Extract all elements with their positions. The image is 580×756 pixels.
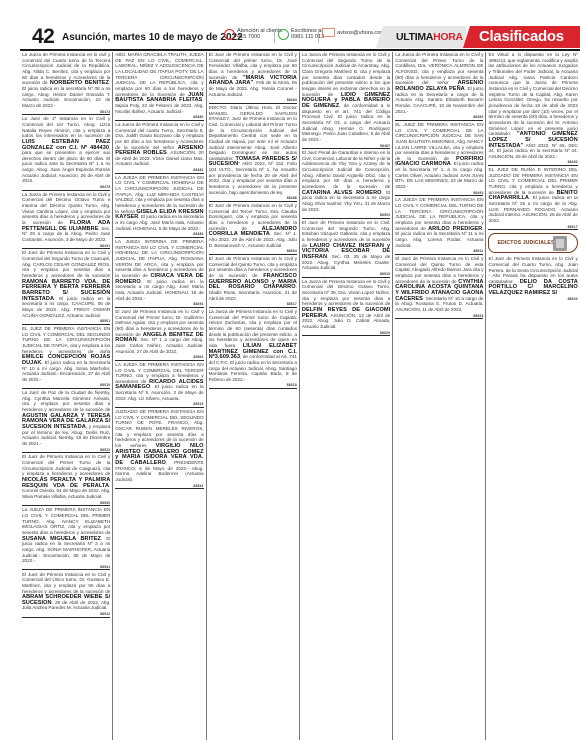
notice-id: 88515: [115, 402, 203, 406]
contact-whatsapp-value: 0981 111 013: [291, 34, 324, 40]
column-1: La Jueza de Primera Instancia en lo civi…: [20, 52, 113, 740]
notice-divider: [209, 103, 297, 104]
legal-notice: El Juez de Primera Instancia en lo Civil…: [209, 52, 297, 102]
deceased-name: LUIS ESTEBAN PAEZ GONZALEZ con C.I. Nº 4…: [22, 139, 110, 151]
notice-divider: [302, 277, 390, 278]
publication-date: Asunción, martes 10 de mayo de 2022: [62, 32, 243, 43]
notice-divider: [22, 505, 110, 506]
gavel-book-icon: [553, 236, 567, 251]
deceased-name: CATARINA ALVES ROMERO: [302, 190, 382, 196]
notice-id: 88492: [488, 160, 577, 164]
legal-notice: La Jueza de Primera Instancia en lo Civi…: [395, 52, 483, 119]
notice-id: 88489: [115, 232, 203, 236]
notice-id: 88494: [115, 302, 203, 306]
notice-divider: [115, 173, 203, 174]
notice-text: El Juez de Primera Instancia en lo Civil…: [22, 573, 110, 595]
notice-divider: [395, 254, 483, 255]
notice-id: 88528: [395, 314, 483, 318]
legal-notice: El Juez de Primera Instancia en lo Civil…: [22, 454, 110, 504]
notice-id: 88518: [209, 383, 297, 387]
page-number: 42: [32, 26, 54, 48]
notice-text: El Juez Penal de Garantías e Interino en…: [302, 151, 390, 190]
ultimahora-logo: ULTIMAHORA: [396, 31, 463, 43]
banner-label: EDICTOS JUDICIALES: [497, 240, 554, 246]
legal-notice: La Jueza de Primera Instancia en lo Civi…: [115, 122, 203, 172]
notice-id: 88517: [209, 302, 297, 306]
notice-id: 88504: [209, 249, 297, 253]
notice-divider: [22, 114, 110, 115]
legal-notice: La Jueza de Primera Instancia en lo Civi…: [302, 52, 390, 148]
notice-divider: [209, 388, 297, 389]
legal-notice: JUZGADO DE PRIMERA INSTANCIA EN LO CIVIL…: [115, 409, 203, 488]
legal-notice: El Juez de Primera Instancia en lo Civil…: [22, 572, 110, 617]
notice-id: 88520: [302, 331, 390, 335]
header-rule: [20, 49, 580, 51]
notice-divider: [115, 360, 203, 361]
notice-divider: [22, 324, 110, 325]
notice-divider: [22, 452, 110, 453]
deceased-name: NORBERTO BENITEZ: [50, 80, 109, 86]
notice-divider: [115, 237, 203, 238]
legal-notice: LA JUEZA DE PRIMERA INSTANCIA EN LO CIVI…: [395, 197, 483, 253]
legal-notice: La JUEZA DE PRIMERA INSTANCIA EN LO CIVI…: [22, 507, 110, 569]
notice-id: 88487: [302, 144, 390, 148]
legal-notice: La Juez de 1ª Instancia en lo Civil y Co…: [22, 116, 110, 189]
notice-divider: [302, 335, 390, 336]
legal-notice: LA JUEZA INTERINA DE PRIMERA INSTANCIA E…: [115, 239, 203, 306]
legal-notice: La Jueza de Primera Instancia en lo Civi…: [209, 309, 297, 388]
notice-text: EL JUEZ DE PRIMERA INSTANCIA EN LO CIVIL…: [22, 327, 110, 355]
edictos-judiciales-banner: EDICTOS JUDICIALES: [488, 233, 577, 253]
notice-id: 88519: [302, 272, 390, 276]
notice-divider: [209, 307, 297, 308]
notice-divider: [302, 218, 390, 219]
legal-notice: El Juez de Primera Instancia en lo Civil…: [115, 309, 203, 359]
notice-divider: [115, 120, 203, 121]
column-4: La Jueza de Primera Instancia en lo Civi…: [300, 52, 393, 740]
deceased-name: SUSANA MIGUELA BRITEZ: [22, 536, 101, 542]
notice-divider: [209, 201, 297, 202]
page-header: 42 Asunción, martes 10 de mayo de 2022 A…: [0, 26, 580, 48]
notice-id: 88493: [395, 191, 483, 195]
legal-notice: El Juez de Primera Instancia en lo Civil…: [395, 256, 483, 318]
notice-text: La Juez de 1ª Instancia en lo Civil y Co…: [22, 117, 110, 139]
contact-phone-value: 415 7000: [237, 34, 260, 40]
notice-text: , de conformidad a lo dispuesto en el ar…: [302, 104, 390, 143]
notice-id: 88491: [22, 244, 110, 248]
legal-notice: El Juez de Primera Instancia en lo Civil…: [302, 220, 390, 276]
legal-notice: EL JUEZ DE PRIMERA INSTANCIA EN LO CIVIL…: [395, 122, 483, 195]
classifieds-columns: La Jueza de Primera Instancia en lo civi…: [20, 52, 580, 740]
column-5: La Jueza de Primera Instancia en lo Civi…: [393, 52, 486, 740]
notice-text: La Jueza de Primera Instancia en lo Civi…: [302, 280, 390, 308]
notice-id: 88482: [115, 168, 203, 172]
notice-id: 88501: [22, 319, 110, 323]
notice-id: 88490: [395, 115, 483, 119]
legal-notice: LA JUEZA DE PRIMERA INSTANCIA EN LO CIVI…: [115, 362, 203, 407]
deceased-name: NICOLÁS PERALTA Y PALMIRA RESQUIN VDA DE…: [22, 477, 110, 489]
notice-divider: [22, 248, 110, 249]
notice-divider: [22, 617, 110, 618]
notice-text: EDICTO: Diario Última Hora. El Doctor MA…: [209, 106, 297, 162]
notice-divider: [22, 569, 110, 570]
mail-icon: [322, 28, 335, 37]
notice-id: 88510: [22, 383, 110, 387]
notice-divider: [395, 318, 483, 319]
notice-text: " AÑO 2022, Nº 152, Folio 104 VLTO., Sec…: [209, 162, 297, 195]
notice-id: 88541: [22, 565, 110, 569]
notice-id: 88522: [22, 448, 110, 452]
legal-notice: El Juez de Primera Instancia en lo Civil…: [488, 256, 577, 301]
notice-divider: [115, 488, 203, 489]
notice-id: 88511: [395, 249, 483, 253]
notice-divider: [209, 254, 297, 255]
notice-id: 88530: [488, 297, 577, 301]
deceased-name: ARILDO PREDIGER: [428, 226, 482, 232]
legal-notice: EL JUEZ DE RUIÑA E INTERINO DEL JUZGADO …: [488, 167, 577, 229]
legal-notice: ABG. MARIA GRACIELA TRAUTH, JUEZA DE PAZ…: [115, 52, 203, 119]
notice-divider: [488, 165, 577, 166]
notice-text: El Juez de Primera Instancia en lo Civil…: [22, 455, 110, 477]
notice-divider: [115, 307, 203, 308]
notice-divider: [115, 407, 203, 408]
notice-id: 88486: [209, 196, 297, 200]
notice-id: 88517: [488, 225, 577, 229]
notice-text: La JUEZA DE PRIMERA INSTANCIA EN LO CIVI…: [22, 508, 110, 536]
notice-text: El Juez de Primera Instancia en lo Civil…: [22, 251, 110, 279]
notice-divider: [22, 190, 110, 191]
notice-id: 88502: [115, 355, 203, 359]
column-2: ABG. MARIA GRACIELA TRAUTH, JUEZA DE PAZ…: [113, 52, 206, 740]
header-divider: [318, 29, 319, 43]
notice-divider: [488, 229, 577, 230]
header-divider: [274, 29, 275, 43]
legal-notice: La Jueza de Primera Instancia en lo Civi…: [302, 279, 390, 335]
legal-notice: La Juez de Paz de la Ciudad de Ñemby, Ab…: [22, 390, 110, 452]
section-title: Clasificados: [463, 26, 580, 48]
notice-id: 88503: [302, 213, 390, 217]
column-3: El Juez de Primera Instancia en lo Civil…: [207, 52, 300, 740]
legal-notice: El Juez de Primera Instancia en lo Civil…: [209, 256, 297, 306]
notice-text: , para que se presenten a ejercer sus de…: [22, 146, 110, 185]
legal-notice: El Juez de Primera Instancia en lo Civil…: [209, 203, 297, 253]
legal-notice: El Juez Penal de Garantías e Interino en…: [302, 150, 390, 217]
notice-id: 88480: [115, 115, 203, 119]
notice-id: 88543: [115, 484, 203, 488]
legal-notice: La Jueza de Primera Instancia en lo Civi…: [22, 192, 110, 248]
notice-divider: [395, 120, 483, 121]
whatsapp-icon: [278, 29, 289, 40]
notice-id: 88475: [22, 185, 110, 189]
notice-divider: [22, 388, 110, 389]
notice-text: En virtud a lo dispuesto en la Ley Nº 49…: [488, 53, 577, 137]
notice-id: 88473: [22, 110, 110, 114]
legal-notice: El Juez de Primera Instancia en lo Civil…: [22, 250, 110, 323]
notice-divider: [395, 195, 483, 196]
column-6: En virtud a lo dispuesto en la Ley Nº 49…: [486, 52, 579, 740]
legal-notice: EL JUEZ DE PRIMERA INSTANCIA EN LO CIVIL…: [22, 326, 110, 388]
notice-id: 88484: [209, 98, 297, 102]
legal-notice: La Jueza de Primera Instancia en lo civi…: [22, 52, 110, 114]
legal-notice: EDICTO: Diario Última Hora. El Doctor MA…: [209, 105, 297, 201]
phone-icon: [224, 29, 235, 40]
notice-text: La Juez de Paz de la Ciudad de Ñemby, Ab…: [22, 391, 110, 413]
notice-divider: [302, 148, 390, 149]
legal-notice: LA JUEZA DE PRIMERA INSTANCIA EN LO CIVI…: [115, 175, 203, 237]
notice-id: 88530: [22, 501, 110, 505]
notice-id: 88542: [22, 612, 110, 616]
legal-notice: En virtud a lo dispuesto en la Ley Nº 49…: [488, 52, 577, 164]
